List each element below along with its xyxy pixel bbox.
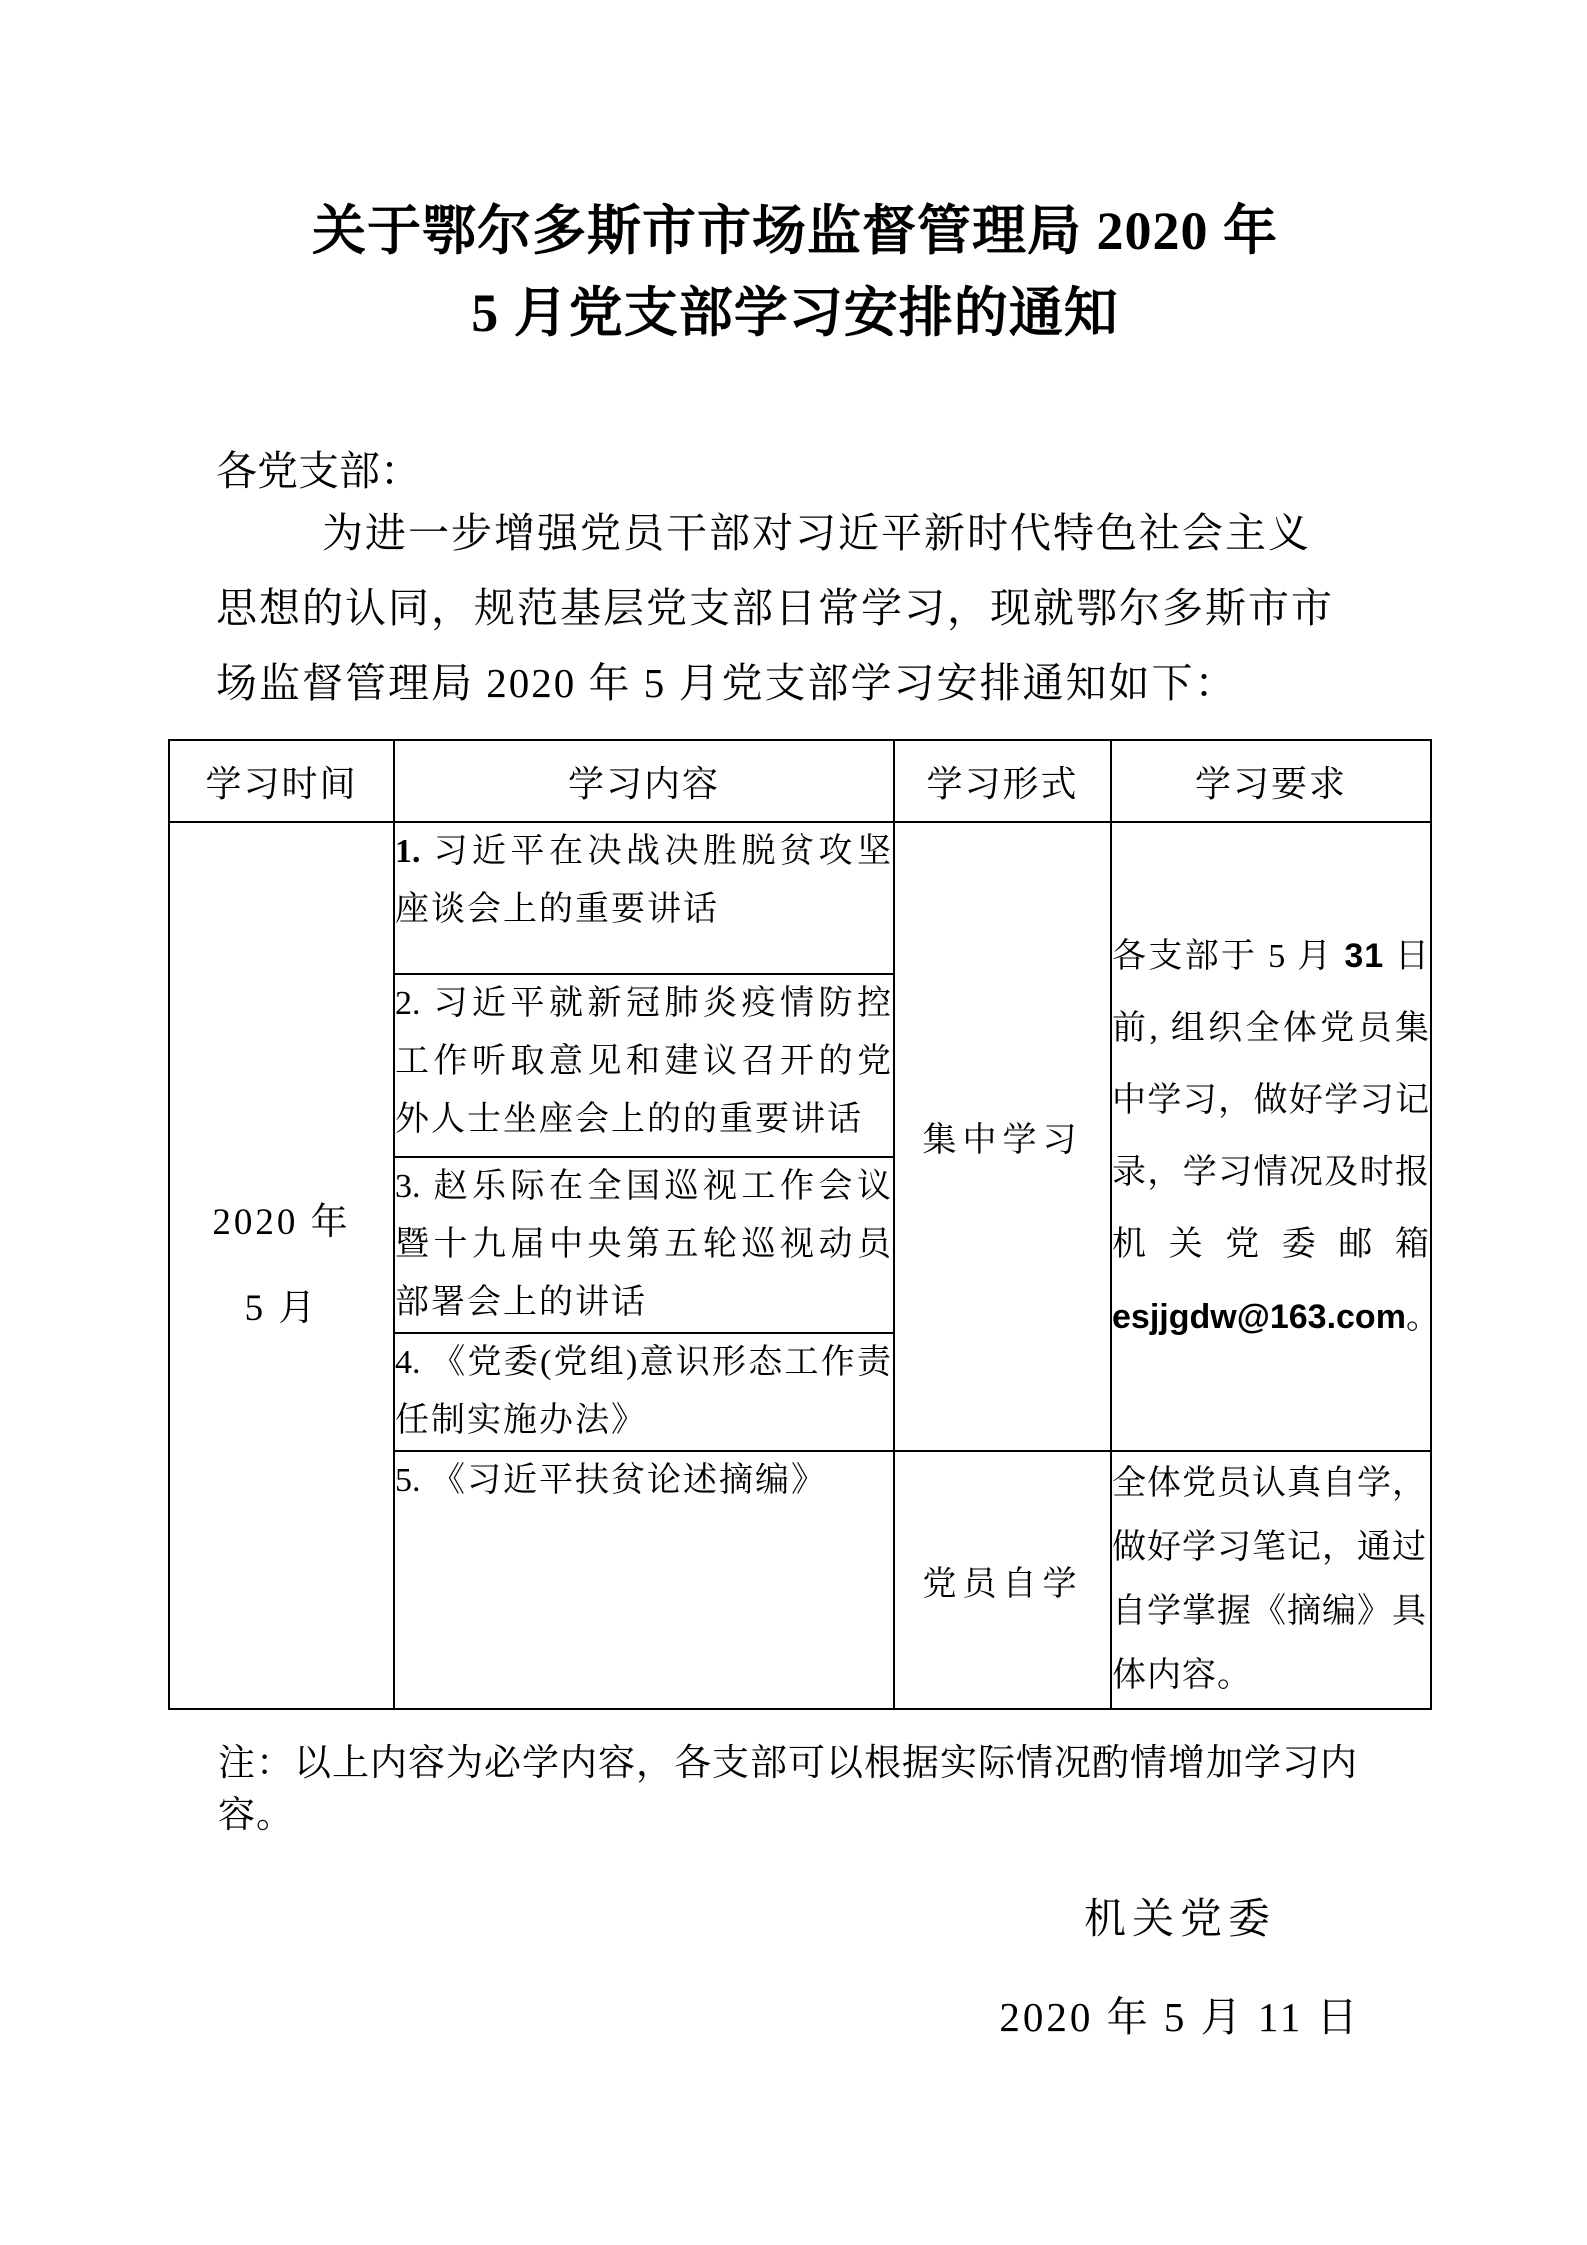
study-time-year: 2020 年: [170, 1180, 393, 1266]
study-time-month: 5 月: [170, 1266, 393, 1352]
header-study-requirement: 学习要求: [1111, 740, 1431, 822]
requirement-group-part-2: 日前, 组织全体党员集中学习，做好学习记录，学习情况及时报机关党委邮箱: [1112, 938, 1430, 1263]
item-1-text: 习近平在决战决胜脱贫攻坚座谈会上的重要讲话: [395, 833, 893, 928]
signature-block: 机关党委 2020 年 5 月 11 日: [880, 1890, 1480, 2046]
header-study-form: 学习形式: [894, 740, 1111, 822]
table-header-row: 学习时间 学习内容 学习形式 学习要求: [169, 740, 1431, 822]
intro-line-3: 场监督管理局 2020 年 5 月党支部学习安排通知如下：: [216, 646, 1420, 721]
content-item-1: 1. 习近平在决战决胜脱贫攻坚座谈会上的重要讲话: [394, 822, 894, 974]
content-item-4: 4. 《党委(党组)意识形态工作责任制实施办法》: [394, 1333, 894, 1451]
document-title: 关于鄂尔多斯市市场监督管理局 2020 年 5 月党支部学习安排的通知: [160, 190, 1430, 354]
study-form-group-cell: 集中学习: [894, 822, 1111, 1451]
requirement-group-day: 31: [1344, 937, 1384, 975]
intro-line-2: 思想的认同，规范基层党支部日常学习，现就鄂尔多斯市市: [216, 571, 1420, 646]
requirement-group-email: esjjgdw@163.com: [1112, 1298, 1406, 1336]
study-time-cell: 2020 年 5 月: [169, 822, 394, 1709]
item-4-number: 4.: [395, 1344, 421, 1381]
item-5-text: 《习近平扶贫论述摘编》: [431, 1462, 827, 1499]
header-study-time: 学习时间: [169, 740, 394, 822]
content-item-3: 3. 赵乐际在全国巡视工作会议暨十九届中央第五轮巡视动员部署会上的讲话: [394, 1157, 894, 1333]
header-study-content: 学习内容: [394, 740, 894, 822]
item-3-text: 赵乐际在全国巡视工作会议暨十九届中央第五轮巡视动员部署会上的讲话: [395, 1168, 893, 1321]
signature: 机关党委: [880, 1890, 1480, 1950]
study-requirement-group-cell: 各支部于 5 月 31 日前, 组织全体党员集中学习，做好学习记录，学习情况及时…: [1111, 822, 1431, 1451]
requirement-group-part-3: 。: [1406, 1299, 1441, 1336]
requirement-group-part-1: 各支部于 5 月: [1112, 938, 1344, 975]
item-1-number: 1.: [395, 833, 421, 870]
content-item-2: 2. 习近平就新冠肺炎疫情防控工作听取意见和建议召开的党外人士坐座会上的的重要讲…: [394, 974, 894, 1157]
table-row: 2020 年 5 月 1. 习近平在决战决胜脱贫攻坚座谈会上的重要讲话 集中学习…: [169, 822, 1431, 974]
content-item-5: 5. 《习近平扶贫论述摘编》: [394, 1451, 894, 1709]
document-title-line-2: 5 月党支部学习安排的通知: [160, 272, 1430, 354]
study-requirement-self-cell: 全体党员认真自学，做好学习笔记，通过自学掌握《摘编》具体内容。: [1111, 1451, 1431, 1709]
study-schedule-table: 学习时间 学习内容 学习形式 学习要求 2020 年 5 月 1. 习近平在决战…: [168, 739, 1432, 1710]
intro-line-1: 为进一步增强党员干部对习近平新时代特色社会主义: [216, 496, 1420, 571]
item-2-number: 2.: [395, 985, 421, 1022]
item-2-text: 习近平就新冠肺炎疫情防控工作听取意见和建议召开的党外人士坐座会上的的重要讲话: [395, 985, 893, 1138]
document-title-line-1: 关于鄂尔多斯市市场监督管理局 2020 年: [160, 190, 1430, 272]
intro-paragraph: 为进一步增强党员干部对习近平新时代特色社会主义 思想的认同，规范基层党支部日常学…: [216, 496, 1420, 721]
signature-date: 2020 年 5 月 11 日: [880, 1988, 1480, 2046]
note-text: 注：以上内容为必学内容，各支部可以根据实际情况酌情增加学习内容。: [218, 1738, 1430, 1842]
salutation: 各党支部：: [216, 446, 1430, 496]
study-form-self-cell: 党员自学: [894, 1451, 1111, 1709]
document-page: 关于鄂尔多斯市市场监督管理局 2020 年 5 月党支部学习安排的通知 各党支部…: [0, 0, 1587, 2245]
item-5-number: 5.: [395, 1462, 421, 1499]
item-3-number: 3.: [395, 1168, 421, 1205]
item-4-text: 《党委(党组)意识形态工作责任制实施办法》: [395, 1344, 893, 1439]
